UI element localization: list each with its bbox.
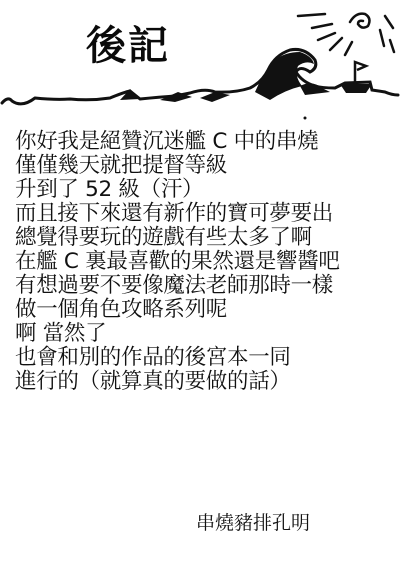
body-line: 也會和別的作品的後宮本一同 xyxy=(15,346,395,370)
body-line: 做一個角色攻略系列呢 xyxy=(15,298,395,322)
body-line: 進行的（就算真的要做的話） xyxy=(15,370,395,394)
afterword-body: 你好我是絕贊沉迷艦 C 中的串燒 僅僅幾天就把提督等級 升到了 52 級（汗） … xyxy=(15,130,395,394)
body-line: 在艦 C 裏最喜歡的果然還是響醬吧 xyxy=(15,250,395,274)
body-line: 而且接下來還有新作的寶可夢要出 xyxy=(15,202,395,226)
body-line: 你好我是絕贊沉迷艦 C 中的串燒 xyxy=(15,130,395,154)
body-line: 僅僅幾天就把提督等級 xyxy=(15,154,395,178)
author-signature: 串燒豬排孔明 xyxy=(196,508,310,535)
wave-and-sun-icon xyxy=(0,0,400,125)
body-line: 總覺得要玩的遊戲有些太多了啊 xyxy=(15,226,395,250)
body-line: 升到了 52 級（汗） xyxy=(15,178,395,202)
body-line: 有想過要不要像魔法老師那時一樣 xyxy=(15,274,395,298)
afterword-header: 後記 xyxy=(0,0,400,125)
body-line: 啊 當然了 xyxy=(15,322,395,346)
